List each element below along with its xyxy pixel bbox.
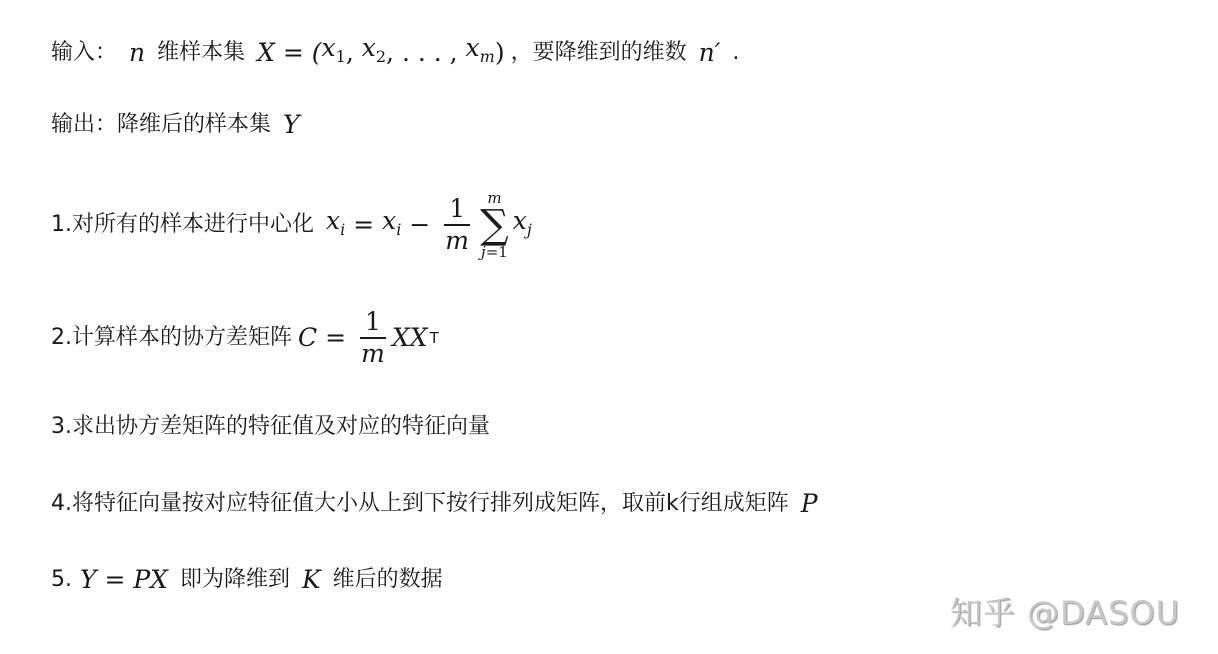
math-xj: xj xyxy=(513,206,532,245)
fraction-1-over-m: 1 m xyxy=(360,307,386,369)
math-xi-rhs: xi xyxy=(382,206,401,245)
math-transpose: T xyxy=(430,323,439,353)
step-1: 1.对所有的样本进行中心化 xi = xi − 1 m m ∑ j=1 xj xyxy=(51,180,532,270)
step-4: 4.将特征向量按对应特征值大小从上到下按行排列成矩阵，取前k行组成矩阵 P xyxy=(51,489,818,519)
input-end: . xyxy=(732,38,739,68)
step-2: 2.计算样本的协方差矩阵 C = 1 m XX T xyxy=(51,306,439,370)
math-C: C xyxy=(298,323,317,353)
math-X-eq: X = ( xyxy=(257,38,321,68)
output-text: 降维后的样本集 xyxy=(117,110,271,140)
input-line: 输入： n 维样本集 X = ( x1 , x2 , . . . , xm ) … xyxy=(51,33,739,72)
math-eq: = xyxy=(345,210,382,240)
step-5-text-2: 维后的数据 xyxy=(333,565,443,595)
math-x2: x2 xyxy=(362,33,386,72)
step-5-label: 5. xyxy=(51,565,72,595)
step-4-label: 4.将特征向量按对应特征值大小从上到下按行排列成矩阵，取前k行组成矩阵 xyxy=(51,489,789,519)
zhihu-watermark: 知乎 @DASOU xyxy=(950,588,1180,634)
math-nprime: n′ xyxy=(699,38,721,68)
step-2-label: 2.计算样本的协方差矩阵 xyxy=(51,323,292,353)
step-1-label: 1.对所有的样本进行中心化 xyxy=(51,210,314,240)
math-close: ) xyxy=(495,38,505,68)
input-text-2: ，要降维到的维数 xyxy=(511,38,687,68)
math-x1: x1 xyxy=(322,33,346,72)
output-label: 输出： xyxy=(51,110,117,140)
math-xi-lhs: xi xyxy=(326,206,345,245)
step-5-text-1: 即为降维到 xyxy=(180,565,290,595)
step-3: 3.求出协方差矩阵的特征值及对应的特征向量 xyxy=(51,412,490,442)
math-dots: , . . . , xyxy=(386,38,458,68)
math-Y: Y xyxy=(283,110,300,140)
summation: m ∑ j=1 xyxy=(480,190,509,260)
math-n: n xyxy=(129,38,145,68)
math-K: K xyxy=(302,565,321,595)
fraction-1-over-m: 1 m xyxy=(444,194,470,256)
math-minus: − xyxy=(401,210,438,240)
math-P: P xyxy=(801,489,818,519)
output-line: 输出： 降维后的样本集 Y xyxy=(51,110,300,140)
math-XX: XX xyxy=(392,323,428,353)
step-5: 5. Y = PX 即为降维到 K 维后的数据 xyxy=(51,565,443,595)
math-Y-eq-PX: Y = PX xyxy=(80,565,168,595)
input-text-1: 维样本集 xyxy=(157,38,245,68)
step-3-label: 3.求出协方差矩阵的特征值及对应的特征向量 xyxy=(51,412,490,442)
math-xm: xm xyxy=(458,33,495,72)
input-label: 输入： xyxy=(51,38,117,68)
math-eq: = xyxy=(317,323,354,353)
